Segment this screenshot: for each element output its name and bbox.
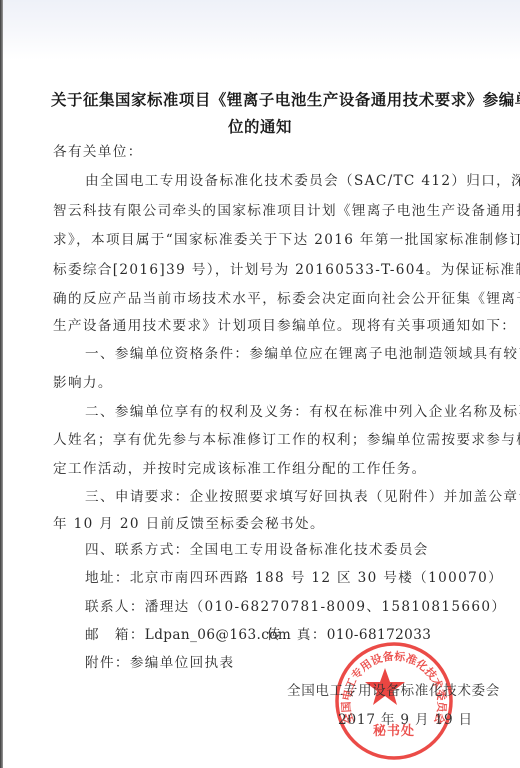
contact-person: 联系人：潘理达（010-68270781-8009、15810815660） <box>85 598 506 616</box>
contact-address: 地址：北京市南四环西路 188 号 12 区 30 号楼（100070） <box>85 569 503 587</box>
document-title-line-2: 位的通知 <box>228 117 292 137</box>
intro-line: 标委综合[2016]39 号），计划号为 20160533-T-604。为保证标… <box>53 261 520 279</box>
section-2-line: 二、参编单位享有的权利及义务：有权在标准中列入企业名称及标准起草 <box>85 403 520 421</box>
section-3-line: 三、申请要求：企业按照要求填写好回执表（见附件）并加盖公章于 2017 <box>85 488 520 506</box>
signature-organization: 全国电工专用设备标准化技术委会 <box>287 682 500 700</box>
salutation: 各有关单位： <box>53 143 143 161</box>
email-label: 邮 箱： <box>85 627 145 643</box>
section-1-line: 一、参编单位资格条件：参编单位应在锂离子电池制造领域具有较高行业 <box>85 345 520 363</box>
intro-line: 求》，本项目属于“国家标准委关于下达 2016 年第一批国家标准制修订计划”（国 <box>53 231 520 249</box>
section-2-line: 定工作活动，并按时完成该标准工作组分配的工作任务。 <box>53 460 427 478</box>
contact-email-row: 邮 箱：Ldpan_06@163.com <box>85 626 291 644</box>
official-seal-stamp: 全国电工专用设备标准化技术委员会 秘书处 <box>333 640 455 762</box>
section-2-line: 人姓名；享有优先参与本标准修订工作的权利；参编单位需按要求参与标准制 <box>53 431 520 449</box>
intro-line: 智云科技有限公司牵头的国家标准项目计划《锂离子电池生产设备通用技术要 <box>53 202 520 220</box>
fax-label: 传 真： <box>267 627 327 643</box>
scan-shading <box>0 0 520 60</box>
document-title-line-1: 关于征集国家标准项目《锂离子电池生产设备通用技术要求》参编单 <box>51 90 520 110</box>
signature-date: 2017 年 9 月 19 日 <box>338 711 473 729</box>
section-1-line: 影响力。 <box>53 374 113 392</box>
intro-line: 由全国电工专用设备标准化技术委员会（SAC/TC 412）归口，深圳市吉阳 <box>85 172 520 190</box>
intro-line: 确的反应产品当前市场技术水平，标委会决定面向社会公开征集《锂离子电池 <box>53 290 520 308</box>
intro-line: 生产设备通用技术要求》计划项目参编单位。现将有关事项通知如下： <box>53 317 516 335</box>
section-3-line: 年 10 月 20 日前反馈至标委会秘书处。 <box>53 515 325 533</box>
contact-heading: 四、联系方式：全国电工专用设备标准化技术委员会 <box>85 541 429 559</box>
scan-edge <box>0 0 3 768</box>
attachment-note: 附件：参编单位回执表 <box>85 654 234 672</box>
